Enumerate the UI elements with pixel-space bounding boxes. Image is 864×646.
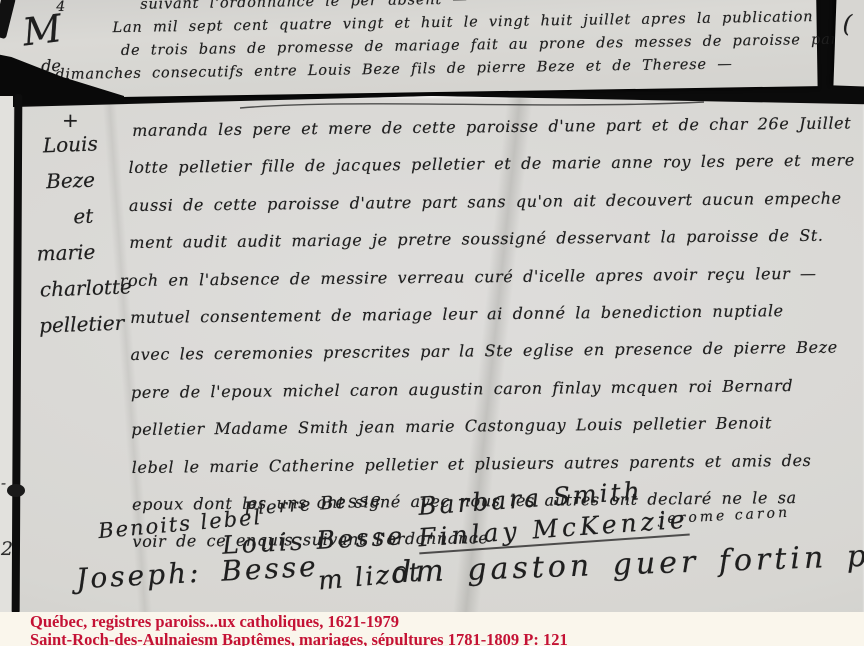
margin-name: Beze <box>46 160 129 199</box>
top-fragment-text: suivant l'ordonnance le per absent — Lan… <box>112 0 864 86</box>
margin-party-names: Louis Beze et marie charlotte pelletier <box>32 124 133 343</box>
margin-name: pelletier <box>39 304 134 343</box>
register-scan-viewport: 4 M de suivant l'ordonnance le per absen… <box>0 0 864 646</box>
margin-note-m: M <box>20 6 64 54</box>
caption-collection-title: Québec, registres paroiss...ux catholiqu… <box>30 613 864 631</box>
pen-mark: ( <box>842 10 852 38</box>
margin-name: marie <box>36 232 131 271</box>
archive-caption: Québec, registres paroiss...ux catholiqu… <box>0 612 864 646</box>
pen-flourish <box>238 96 708 112</box>
top-page-fragment: 4 M de suivant l'ordonnance le per absen… <box>0 0 818 99</box>
margin-name: charlotte <box>39 268 132 307</box>
margin-name: et <box>73 196 130 234</box>
caption-volume-title: Saint-Roch-des-Aulnaiesm Baptêmes, maria… <box>30 631 864 646</box>
signature-joseph-besse: Joseph: Besse <box>75 550 319 596</box>
margin-name: Louis <box>42 124 127 163</box>
main-register-page: + Louis Beze et marie charlotte pelletie… <box>0 96 864 612</box>
facing-page-edge: - 2 <box>0 96 13 612</box>
right-page-edge-fragment: ( <box>833 0 864 87</box>
binding-knot <box>7 484 25 497</box>
cut-off-pen-mark: - <box>1 474 6 492</box>
